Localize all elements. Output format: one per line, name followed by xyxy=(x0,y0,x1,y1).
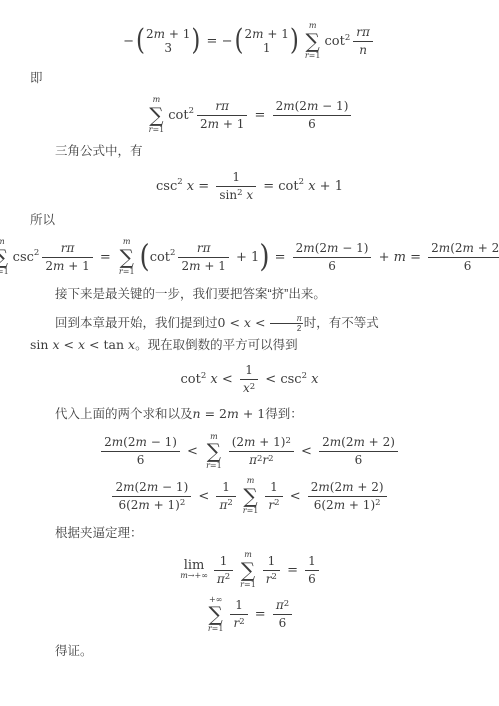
function-name: sin xyxy=(219,188,237,202)
superscript: 2 xyxy=(375,498,380,508)
fraction: 1r2 xyxy=(230,598,247,631)
math-row: +∞∑r=11r2 = π26 xyxy=(204,596,295,635)
numerator: 2m(2m + 2) xyxy=(319,435,398,451)
numerator: rπ xyxy=(353,25,373,41)
superscript: 2 xyxy=(177,178,182,187)
fraction: rπ2m + 1 xyxy=(197,99,247,132)
math-text: < xyxy=(194,489,213,504)
summation: m∑r=1 xyxy=(305,22,321,61)
formula-block: 2m(2m − 1)6 < m∑r=1(2m + 1)2π2r2 < 2m(2m… xyxy=(30,433,469,472)
paragraph: 回到本章最开始，我们提到过0 < x < π2时，有不等式sin x < x <… xyxy=(30,312,469,357)
numerator: 1 xyxy=(265,480,282,496)
denominator: r2 xyxy=(263,570,280,587)
function-name: cot xyxy=(278,179,298,194)
paragraph: 得证。 xyxy=(30,641,469,662)
denominator: 6 xyxy=(428,257,499,274)
numerator: 2m(2m − 1) xyxy=(273,99,352,115)
sigma-symbol: ∑ xyxy=(243,486,257,507)
fraction: 2m(2m − 1)6 xyxy=(273,99,352,132)
math-row: 2m(2m − 1)6(2m + 1)2 < 1π2m∑r=11r2 < 2m(… xyxy=(109,477,389,516)
superscript: 2 xyxy=(284,599,289,609)
prose-text: 时，有不等式 xyxy=(304,316,379,330)
math-text: = xyxy=(283,563,302,578)
math-text: = xyxy=(259,179,278,194)
denominator: 6 xyxy=(293,257,372,274)
math-text: r xyxy=(266,572,272,586)
fraction: 2m(2m + 2)6 xyxy=(319,435,398,468)
paragraph: 即 xyxy=(30,68,469,89)
fraction: (2m + 1)2π2r2 xyxy=(229,435,294,468)
binomial-coefficient: (2m + 13) xyxy=(136,27,200,56)
fraction: 2m(2m + 2)6(2m + 1)2 xyxy=(308,480,387,513)
fraction: 1x2 xyxy=(240,363,258,396)
paren-group: (cot2rπ2m + 1 + 1) xyxy=(140,241,270,274)
numerator: 2m(2m − 1) xyxy=(101,435,180,451)
formula-block: m∑r=1csc2rπ2m + 1 = m∑r=1(cot2rπ2m + 1 +… xyxy=(30,238,469,277)
summation: m∑r=1 xyxy=(119,238,135,277)
sigma-symbol: ∑ xyxy=(241,560,255,581)
superscript: 2 xyxy=(272,572,277,582)
denominator: 6(2m + 1)2 xyxy=(308,496,387,513)
prose-text: 所以 xyxy=(30,213,55,227)
formula-block: m∑r=1cot2rπ2m + 1 = 2m(2m − 1)6 xyxy=(30,96,469,135)
sigma-symbol: ∑ xyxy=(149,105,163,126)
numerator: 1 xyxy=(216,170,256,186)
prose-text: 代入上面的两个求和以及 xyxy=(55,407,193,421)
math-text: = xyxy=(270,250,289,265)
binomial-coefficient: (2m + 11) xyxy=(234,27,298,56)
denominator: 6 xyxy=(305,570,319,587)
superscript: 2 xyxy=(201,372,206,381)
function-name: cot xyxy=(324,34,344,49)
superscript: 2 xyxy=(285,436,290,446)
math-text: x < xyxy=(206,372,237,387)
limit: limm→+∞ xyxy=(180,559,208,581)
prose-text: 接下来是最关键的一步，我们要把答案“挤”出来。 xyxy=(55,287,326,301)
math-text: π xyxy=(217,572,225,586)
paren-content: cot2rπ2m + 1 + 1 xyxy=(150,241,260,274)
paragraph: 所以 xyxy=(30,210,469,231)
math-text: x xyxy=(124,337,135,352)
math-text: x xyxy=(243,381,250,395)
math-row: limm→+∞1π2m∑r=11r2 = 16 xyxy=(177,551,322,590)
binomial-top: 2m + 1 xyxy=(146,27,190,41)
function-name: csc xyxy=(156,179,177,194)
function-name: cot xyxy=(150,250,170,265)
formula-block: +∞∑r=11r2 = π26 xyxy=(30,596,469,635)
sum-lower-limit: r=1 xyxy=(0,268,9,277)
prose-text: 三角公式中，有 xyxy=(55,144,143,158)
denominator: 6 xyxy=(273,614,292,631)
superscript: 2 xyxy=(250,382,255,392)
math-row: m∑r=1cot2rπ2m + 1 = 2m(2m − 1)6 xyxy=(145,96,355,135)
superscript: 2 xyxy=(227,498,232,508)
fraction: 1π2 xyxy=(216,480,235,513)
numerator: 2m(2m + 2) xyxy=(428,241,499,257)
formula-block: limm→+∞1π2m∑r=11r2 = 16 xyxy=(30,551,469,590)
fraction: 1r2 xyxy=(265,480,282,513)
math-text: x xyxy=(242,188,253,202)
denominator: 6 xyxy=(101,451,180,468)
sum-lower-limit: r=1 xyxy=(206,462,222,471)
math-text: = − xyxy=(202,34,232,49)
math-text: − xyxy=(123,34,134,49)
paragraph: 接下来是最关键的一步，我们要把答案“挤”出来。 xyxy=(30,284,469,305)
limit-subscript: m→+∞ xyxy=(180,572,208,581)
paragraph: 代入上面的两个求和以及n = 2m + 1得到： xyxy=(30,403,469,425)
fraction: 16 xyxy=(305,554,319,587)
summation: +∞∑r=1 xyxy=(208,596,224,635)
math-text: x = xyxy=(183,179,214,194)
summation: m∑r=1 xyxy=(149,96,165,135)
summation: m∑r=1 xyxy=(206,433,222,472)
denominator: π2r2 xyxy=(229,451,294,468)
binomial-bottom: 1 xyxy=(263,41,271,55)
superscript: 2 xyxy=(299,178,304,187)
numerator: 2m(2m + 2) xyxy=(308,480,387,496)
math-text: 0 < x < xyxy=(218,315,270,330)
superscript: 2 xyxy=(268,454,273,464)
denominator: 6 xyxy=(273,115,352,132)
numerator: 1 xyxy=(263,554,280,570)
right-paren: ) xyxy=(191,27,200,56)
numerator: rπ xyxy=(197,99,247,115)
superscript: 2 xyxy=(345,34,350,43)
math-text: + 1 xyxy=(232,250,259,265)
math-text: = xyxy=(96,250,115,265)
math-text: 6(2m + 1) xyxy=(118,498,179,512)
formula-block: cot2 x < 1x2 < csc2 x xyxy=(30,363,469,396)
binomial-stack: 2m + 11 xyxy=(243,27,289,56)
function-name: cot xyxy=(168,108,188,123)
fraction: rπ2m + 1 xyxy=(42,241,92,274)
numerator: π xyxy=(270,314,302,323)
math-text: + m = xyxy=(374,250,425,265)
math-text: < xyxy=(261,372,280,387)
right-paren: ) xyxy=(259,242,269,273)
superscript: 2 xyxy=(237,188,242,198)
function-name: csc xyxy=(13,250,34,265)
denominator: 2 xyxy=(270,323,302,333)
math-text: (2m + 1) xyxy=(232,435,286,449)
formula-block: csc2 x = 1sin2 x = cot2 x + 1 xyxy=(30,170,469,203)
math-text: = xyxy=(251,607,270,622)
fraction: 2m(2m − 1)6 xyxy=(293,241,372,274)
superscript: 2 xyxy=(180,498,185,508)
fraction: 1sin2 x xyxy=(216,170,256,203)
sigma-symbol: ∑ xyxy=(207,441,221,462)
superscript: 2 xyxy=(239,617,244,627)
numerator: rπ xyxy=(178,241,228,257)
math-row: m∑r=1csc2rπ2m + 1 = m∑r=1(cot2rπ2m + 1 +… xyxy=(0,238,499,277)
sigma-symbol: ∑ xyxy=(209,604,223,625)
sigma-symbol: ∑ xyxy=(120,247,134,268)
prose-text: 。现在取倒数的平方可以得到 xyxy=(135,338,298,352)
denominator: 6(2m + 1)2 xyxy=(112,496,191,513)
summation: m∑r=1 xyxy=(243,477,259,516)
math-text: x xyxy=(307,372,318,387)
numerator: 1 xyxy=(240,363,258,379)
function-name: sin xyxy=(30,337,48,352)
prose-text: 回到本章最开始，我们提到过 xyxy=(55,316,218,330)
math-text: < xyxy=(286,489,305,504)
math-row: −(2m + 13) = −(2m + 11)m∑r=1cot2rπn xyxy=(123,22,376,61)
numerator: 1 xyxy=(216,480,235,496)
summation: m∑r=1 xyxy=(0,238,9,277)
numerator: π2 xyxy=(273,598,292,614)
numerator: 1 xyxy=(230,598,247,614)
sigma-symbol: ∑ xyxy=(0,247,8,268)
denominator: n xyxy=(353,41,373,58)
denominator: 2m + 1 xyxy=(42,257,92,274)
binomial-bottom: 3 xyxy=(164,41,172,55)
denominator: r2 xyxy=(265,496,282,513)
superscript: 2 xyxy=(225,572,230,582)
superscript: 2 xyxy=(302,372,307,381)
math-text: x + 1 xyxy=(304,179,343,194)
math-text: 6(2m + 1) xyxy=(314,498,375,512)
fraction: 2m(2m − 1)6(2m + 1)2 xyxy=(112,480,191,513)
math-text: π xyxy=(276,598,284,612)
math-row: cot2 x < 1x2 < csc2 x xyxy=(181,363,319,396)
math-row: csc2 x = 1sin2 x = cot2 x + 1 xyxy=(156,170,343,203)
document-page: −(2m + 13) = −(2m + 11)m∑r=1cot2rπn即m∑r=… xyxy=(30,22,469,662)
numerator: 2m(2m − 1) xyxy=(112,480,191,496)
numerator: 1 xyxy=(214,554,233,570)
denominator: r2 xyxy=(230,614,247,631)
prose-text: 得到： xyxy=(265,407,303,421)
left-paren: ( xyxy=(136,27,145,56)
binomial-top: 2m + 1 xyxy=(244,27,288,41)
formula-block: 2m(2m − 1)6(2m + 1)2 < 1π2m∑r=11r2 < 2m(… xyxy=(30,477,469,516)
right-paren: ) xyxy=(290,27,299,56)
formula-block: −(2m + 13) = −(2m + 11)m∑r=1cot2rπn xyxy=(30,22,469,61)
function-name: cot xyxy=(181,372,201,387)
function-name: tan xyxy=(103,337,124,352)
numerator: 1 xyxy=(305,554,319,570)
math-text: < xyxy=(183,444,202,459)
denominator: π2 xyxy=(216,496,235,513)
fraction: 1π2 xyxy=(214,554,233,587)
sigma-symbol: ∑ xyxy=(306,31,320,52)
fraction: 1r2 xyxy=(263,554,280,587)
prose-text: 得证。 xyxy=(55,644,93,658)
fraction: π26 xyxy=(273,598,292,631)
math-text: n = 2m + 1 xyxy=(193,406,266,421)
superscript: 2 xyxy=(189,107,194,116)
left-paren: ( xyxy=(140,242,150,273)
numerator: 2m(2m − 1) xyxy=(293,241,372,257)
math-row: 2m(2m − 1)6 < m∑r=1(2m + 1)2π2r2 < 2m(2m… xyxy=(98,433,401,472)
denominator: x2 xyxy=(240,379,258,396)
fraction: rπn xyxy=(353,25,373,58)
sum-lower-limit: r=1 xyxy=(208,625,224,634)
denominator: π2 xyxy=(214,570,233,587)
superscript: 2 xyxy=(34,249,39,258)
paragraph: 三角公式中，有 xyxy=(30,141,469,162)
superscript: 2 xyxy=(274,498,279,508)
sum-lower-limit: r=1 xyxy=(149,126,165,135)
math-text: < xyxy=(297,444,316,459)
denominator: sin2 x xyxy=(216,186,256,203)
fraction: π2 xyxy=(270,314,302,333)
fraction: 2m(2m − 1)6 xyxy=(101,435,180,468)
denominator: 6 xyxy=(319,451,398,468)
prose-text: 根据夹逼定理： xyxy=(55,526,143,540)
numerator: rπ xyxy=(42,241,92,257)
sum-lower-limit: r=1 xyxy=(119,268,135,277)
sum-lower-limit: r=1 xyxy=(240,581,256,590)
prose-text: 即 xyxy=(30,71,43,85)
binomial-stack: 2m + 13 xyxy=(145,27,191,56)
math-text: π xyxy=(249,453,257,467)
sum-lower-limit: r=1 xyxy=(243,507,259,516)
fraction: 2m(2m + 2)6 xyxy=(428,241,499,274)
denominator: 2m + 1 xyxy=(178,257,228,274)
math-text: = xyxy=(250,108,269,123)
superscript: 2 xyxy=(170,249,175,258)
fraction: rπ2m + 1 xyxy=(178,241,228,274)
function-name: csc xyxy=(280,372,301,387)
paragraph: 根据夹逼定理： xyxy=(30,523,469,544)
superscript: 2 xyxy=(257,454,262,464)
math-text: x < x < xyxy=(48,337,103,352)
left-paren: ( xyxy=(234,27,243,56)
denominator: 2m + 1 xyxy=(197,115,247,132)
numerator: (2m + 1)2 xyxy=(229,435,294,451)
summation: m∑r=1 xyxy=(240,551,256,590)
sum-lower-limit: r=1 xyxy=(305,52,321,61)
